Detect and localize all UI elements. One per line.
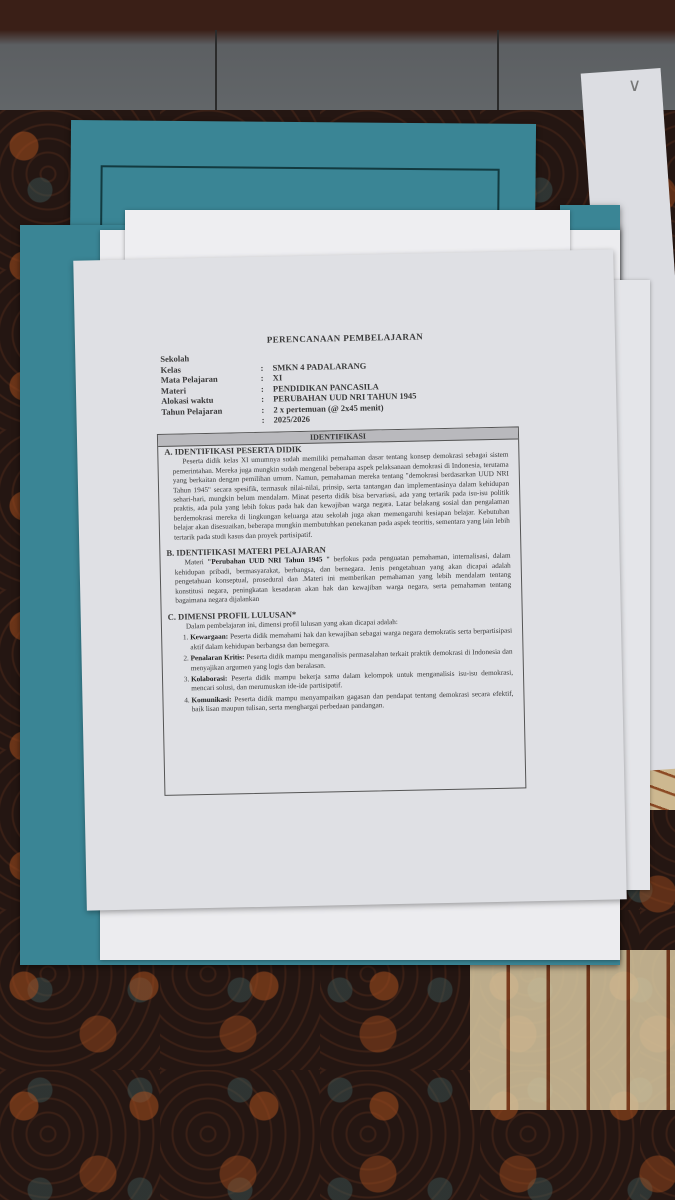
profile-dimension-list: Kewargaan: Peserta didik memahami hak da… xyxy=(172,627,514,715)
section-a: A. IDENTIFIKASI PESERTA DIDIK Peserta di… xyxy=(158,440,520,543)
item-term: Kolaborasi: xyxy=(191,675,228,684)
meta-colon: : xyxy=(261,394,273,405)
meta-colon: : xyxy=(262,415,274,426)
meta-colon: : xyxy=(261,373,273,384)
meta-label xyxy=(162,415,262,428)
list-item: Komunikasi: Peserta didik mampu menyampa… xyxy=(191,689,513,715)
document-metadata: Sekolah Kelas : SMKN 4 PADALARANG Mata P… xyxy=(160,349,417,428)
section-b-lead: Materi xyxy=(185,558,208,566)
meta-colon xyxy=(260,352,272,363)
section-c: C. DIMENSI PROFIL LULUSAN* Dalam pembela… xyxy=(162,605,524,716)
document-title: PERENCANAAN PEMBELAJARAN xyxy=(75,327,615,348)
item-term: Komunikasi: xyxy=(191,695,231,704)
meta-value: XI xyxy=(273,372,283,383)
meta-colon: : xyxy=(261,404,273,415)
meta-value: 2025/2026 xyxy=(274,414,311,425)
item-term: Penalaran Kritis: xyxy=(191,653,245,662)
paperclip-icon: ∨ xyxy=(628,75,641,96)
item-term: Kewargaan: xyxy=(190,633,228,642)
wall-background xyxy=(0,0,675,120)
section-a-text: Peserta didik kelas XI umumnya sudah mem… xyxy=(172,451,510,543)
identification-box: IDENTIFIKASI A. IDENTIFIKASI PESERTA DID… xyxy=(157,426,527,796)
section-b: B. IDENTIFIKASI MATERI PELAJARAN Materi … xyxy=(160,541,521,606)
photo-scene: ∨ PERENCANAAN PEMBELAJARAN Sekolah Kelas… xyxy=(0,0,675,1200)
meta-value: SMKN 4 PADALARANG xyxy=(272,360,366,372)
meta-colon: : xyxy=(260,362,272,373)
meta-colon: : xyxy=(261,383,273,394)
batik-cream-motif xyxy=(470,950,675,1110)
lesson-plan-document: PERENCANAAN PEMBELAJARAN Sekolah Kelas :… xyxy=(73,249,626,910)
section-b-text: Materi "Perubahan UUD NRI Tahun 1945 " b… xyxy=(175,552,512,606)
